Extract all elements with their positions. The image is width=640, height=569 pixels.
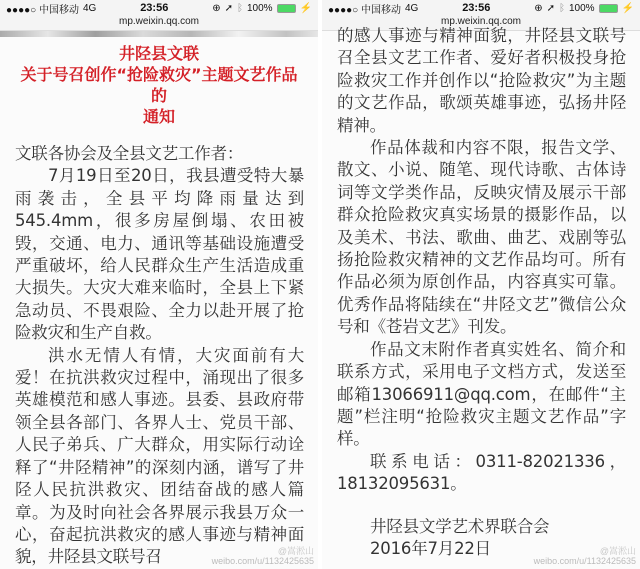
- url-bar[interactable]: mp.weixin.qq.com: [0, 16, 318, 31]
- weibo-watermark: @嵩淞山 weibo.com/u/1132425635: [534, 546, 636, 566]
- clock: 23:56: [140, 2, 168, 14]
- bluetooth-icon: ᛒ: [237, 3, 243, 14]
- network-label: 4G: [83, 3, 96, 14]
- article-title: 井陉县文联 关于号召创作“抢险救灾”主题文艺作品 的 通知: [0, 43, 318, 127]
- orientation-lock-icon: ⊕: [212, 3, 220, 14]
- orientation-lock-icon: ⊕: [534, 3, 542, 14]
- title-line-4: 通知: [0, 106, 318, 127]
- battery-percent: 100%: [569, 3, 595, 14]
- paragraph-1: 7月19日至20日，我县遭受特大暴雨袭击，全县平均降雨量达到545.4mm，很多…: [15, 165, 304, 344]
- carrier-label: ●●●●○ 中国移动: [328, 1, 401, 16]
- weibo-watermark: @嵩淞山 weibo.com/u/1132425635: [212, 546, 314, 566]
- battery-icon: [277, 4, 296, 13]
- signature: 井陉县文学艺术界联合会: [337, 516, 626, 538]
- paragraph-2: 洪水无情人有情，大灾面前有大爱！在抗洪救灾过程中，涌现出了很多英雄模范和感人事迹…: [15, 345, 304, 569]
- battery-percent: 100%: [247, 3, 273, 14]
- article-body-right: 的感人事迹与精神面貌，井陉县文联号召全县文艺工作者、爱好者积极投身抢险救灾工作并…: [322, 25, 640, 560]
- charging-icon: ⚡: [300, 3, 312, 14]
- article-body-left: 文联各协会及全县文艺工作者： 7月19日至20日，我县遭受特大暴雨袭击，全县平均…: [0, 143, 318, 569]
- title-line-1: 井陉县文联: [0, 43, 318, 64]
- bluetooth-icon: ᛒ: [559, 3, 565, 14]
- paragraph-4: 作品文末附作者真实姓名、简介和联系方式，采用电子文档方式，发送至邮箱130669…: [337, 339, 626, 451]
- left-screenshot-panel: ●●●●○ 中国移动 4G 23:56 ⊕ ➚ ᛒ 100% ⚡ mp.weix…: [0, 0, 318, 569]
- clock: 23:56: [462, 2, 490, 14]
- status-bar: ●●●●○ 中国移动 4G 23:56 ⊕ ➚ ᛒ 100% ⚡: [322, 0, 640, 16]
- network-label: 4G: [405, 3, 418, 14]
- title-line-3: 的: [0, 85, 318, 106]
- paragraph-continuation: 的感人事迹与精神面貌，井陉县文联号召全县文艺工作者、爱好者积极投身抢险救灾工作并…: [337, 25, 626, 137]
- charging-icon: ⚡: [622, 3, 634, 14]
- carrier-label: ●●●●○ 中国移动: [6, 1, 79, 16]
- location-icon: ➚: [225, 3, 233, 14]
- title-line-2: 关于号召创作“抢险救灾”主题文艺作品: [0, 64, 318, 85]
- contact-phone: 联系电话：0311-82021336，18132095631。: [337, 451, 626, 496]
- greeting: 文联各协会及全县文艺工作者：: [15, 143, 304, 165]
- right-screenshot-panel: ●●●●○ 中国移动 4G 23:56 ⊕ ➚ ᛒ 100% ⚡ mp.weix…: [322, 0, 640, 569]
- header-image: [0, 31, 318, 37]
- location-icon: ➚: [547, 3, 555, 14]
- battery-icon: [599, 4, 618, 13]
- status-bar: ●●●●○ 中国移动 4G 23:56 ⊕ ➚ ᛒ 100% ⚡: [0, 0, 318, 16]
- paragraph-3: 作品体裁和内容不限，报告文学、散文、小说、随笔、现代诗歌、古体诗词等文学类作品，…: [337, 137, 626, 339]
